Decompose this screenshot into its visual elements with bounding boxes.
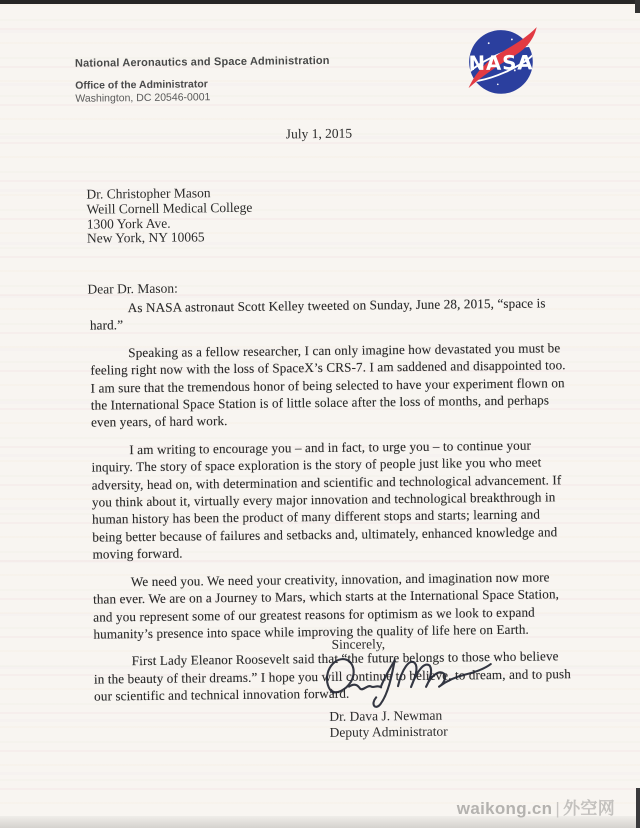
- office-address: Washington, DC 20546-0001: [75, 89, 330, 104]
- watermark-cn-name: 外空网: [563, 799, 615, 818]
- scanned-letter-page: National Aeronautics and Space Administr…: [0, 0, 640, 828]
- letter-paragraph: Speaking as a fellow researcher, I can o…: [90, 339, 569, 431]
- letter-date: July 1, 2015: [286, 126, 353, 143]
- agency-name: National Aeronautics and Space Administr…: [75, 55, 330, 70]
- scan-artifact-top-right: [635, 0, 640, 13]
- recipient-line: New York, NY 10065: [87, 230, 253, 247]
- signature-block: Dr. Dava J. Newman Deputy Administrator: [329, 708, 447, 741]
- watermark-divider: |: [552, 799, 563, 818]
- signer-title: Deputy Administrator: [329, 723, 447, 740]
- salutation: Dear Dr. Mason:: [87, 281, 178, 298]
- signature-handwriting: [318, 646, 504, 712]
- scan-artifact-top-edge: [0, 0, 640, 4]
- watermark-site: waikong.cn: [457, 799, 553, 818]
- watermark: waikong.cn|外空网: [457, 794, 615, 819]
- letterhead: National Aeronautics and Space Administr…: [75, 55, 330, 105]
- nasa-meatball-icon: NASA: [457, 18, 544, 105]
- nasa-logo-text: NASA: [468, 51, 533, 75]
- letter-paragraph: I am writing to encourage you – and in f…: [91, 436, 570, 563]
- letter-paragraph: As NASA astronaut Scott Kelley tweeted o…: [90, 294, 568, 334]
- letter-paragraph: We need you. We need your creativity, in…: [93, 568, 572, 643]
- letter-content: National Aeronautics and Space Administr…: [0, 0, 640, 828]
- scan-artifact-right-edge: [636, 788, 640, 828]
- signer-name: Dr. Dava J. Newman: [329, 708, 447, 725]
- recipient-address: Dr. Christopher Mason Weill Cornell Medi…: [86, 186, 252, 247]
